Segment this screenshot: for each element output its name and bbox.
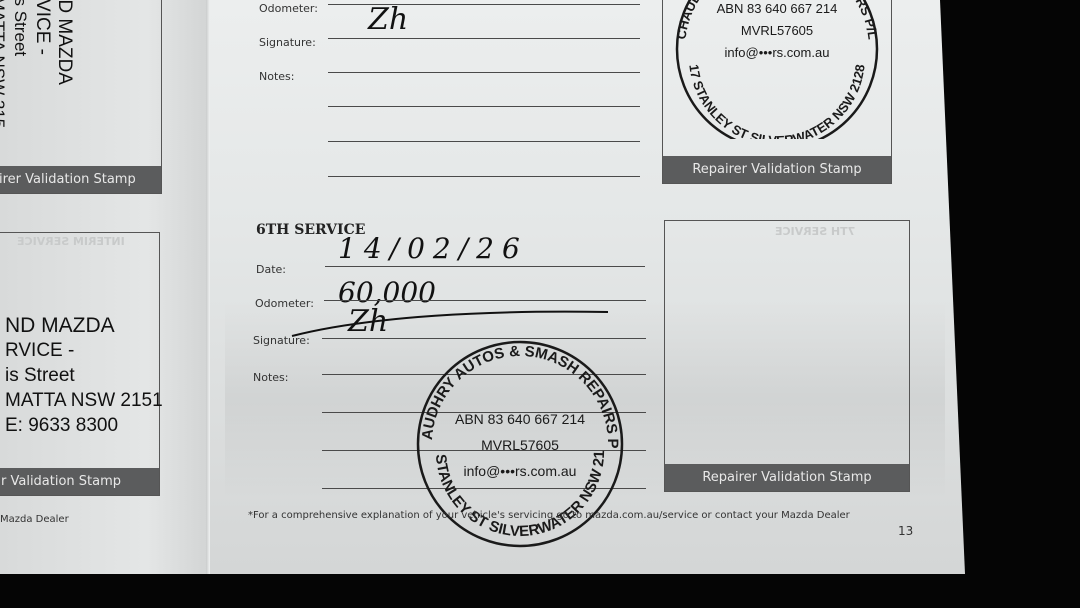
dealer-line: END MAZDA bbox=[53, 0, 75, 128]
repairer-stamp-top: CHAUDHRY AUTOS & SMASH REPAIRS P/L 17 ST… bbox=[663, 0, 891, 139]
stamp-bar-label: irer Validation Stamp bbox=[0, 166, 161, 193]
stamp-bar-label: Repairer Validation Stamp bbox=[665, 464, 909, 491]
svg-text:info@•••rs.com.au: info@•••rs.com.au bbox=[725, 45, 830, 60]
dealer-line: RAMATTA NSW 215 bbox=[0, 0, 9, 128]
notes-line bbox=[328, 72, 640, 73]
date-label: Date: bbox=[256, 263, 286, 276]
footer-text: *For a comprehensive explanation of your… bbox=[248, 510, 850, 521]
dealer-stamp-bottom: ND MAZDA RVICE - is Street MATTA NSW 215… bbox=[5, 313, 163, 438]
dealer-stamp-box-top: END MAZDA ERVICE - erris Street RAMATTA … bbox=[0, 0, 162, 194]
dealer-stamp-box-bottom: INTERIM SERVICE ND MAZDA RVICE - is Stre… bbox=[0, 232, 160, 496]
notes-label: Notes: bbox=[253, 371, 288, 384]
svg-text:info@•••rs.com.au: info@•••rs.com.au bbox=[464, 463, 577, 479]
notes-line bbox=[328, 106, 640, 107]
svg-text:ABN 83 640 667 214: ABN 83 640 667 214 bbox=[455, 411, 585, 427]
dealer-line: ERVICE - bbox=[31, 0, 53, 128]
repairer-stamp-box-top: CHAUDHRY AUTOS & SMASH REPAIRS P/L 17 ST… bbox=[662, 0, 892, 184]
dealer-line: is Street bbox=[5, 363, 163, 388]
svg-text:MVRL57605: MVRL57605 bbox=[741, 23, 813, 38]
dealer-line: erris Street bbox=[9, 0, 31, 128]
repairer-stamp-center: CHAUDHRY AUTOS & SMASH REPAIRS P/L 17 ST… bbox=[410, 334, 630, 554]
notes-label: Notes: bbox=[259, 70, 294, 83]
ghost-heading: INTERIM SERVICE bbox=[17, 235, 125, 248]
date-line bbox=[325, 266, 645, 267]
odometer-line bbox=[324, 300, 646, 301]
stamp-bar-label: Repairer Validation Stamp bbox=[663, 156, 891, 183]
svg-text:ABN 83 640 667 214: ABN 83 640 667 214 bbox=[717, 1, 838, 16]
notes-line bbox=[328, 176, 640, 177]
footer-text: Mazda Dealer bbox=[0, 514, 69, 525]
ghost-heading: 7TH SERVICE bbox=[775, 225, 855, 238]
left-page: END MAZDA ERVICE - erris Street RAMATTA … bbox=[0, 0, 210, 574]
dealer-line: E: 9633 8300 bbox=[5, 413, 163, 438]
repairer-stamp-box-bottom: 7TH SERVICE Repairer Validation Stamp bbox=[664, 220, 910, 492]
dealer-line: RVICE - bbox=[5, 338, 163, 363]
dealer-line: ND MAZDA bbox=[5, 313, 163, 338]
odometer-label: Odometer: bbox=[259, 2, 318, 15]
notes-line bbox=[328, 141, 640, 142]
svg-text:CHAUDHRY AUTOS & SMASH REPAIRS: CHAUDHRY AUTOS & SMASH REPAIRS P/L bbox=[410, 334, 621, 449]
right-page: Odometer: Signature: Zh Notes: CHAUDHRY … bbox=[210, 0, 965, 574]
signature-label: Signature: bbox=[259, 36, 316, 49]
svg-text:MVRL57605: MVRL57605 bbox=[481, 437, 559, 453]
date-handwriting: 14/02/26 bbox=[338, 232, 528, 265]
signature-line bbox=[328, 38, 640, 39]
page-number: 13 bbox=[898, 524, 913, 538]
dealer-line: MATTA NSW 2151 bbox=[5, 388, 163, 413]
signature-handwriting: Zh bbox=[368, 2, 408, 37]
stamp-bar-label: r Validation Stamp bbox=[0, 468, 159, 495]
